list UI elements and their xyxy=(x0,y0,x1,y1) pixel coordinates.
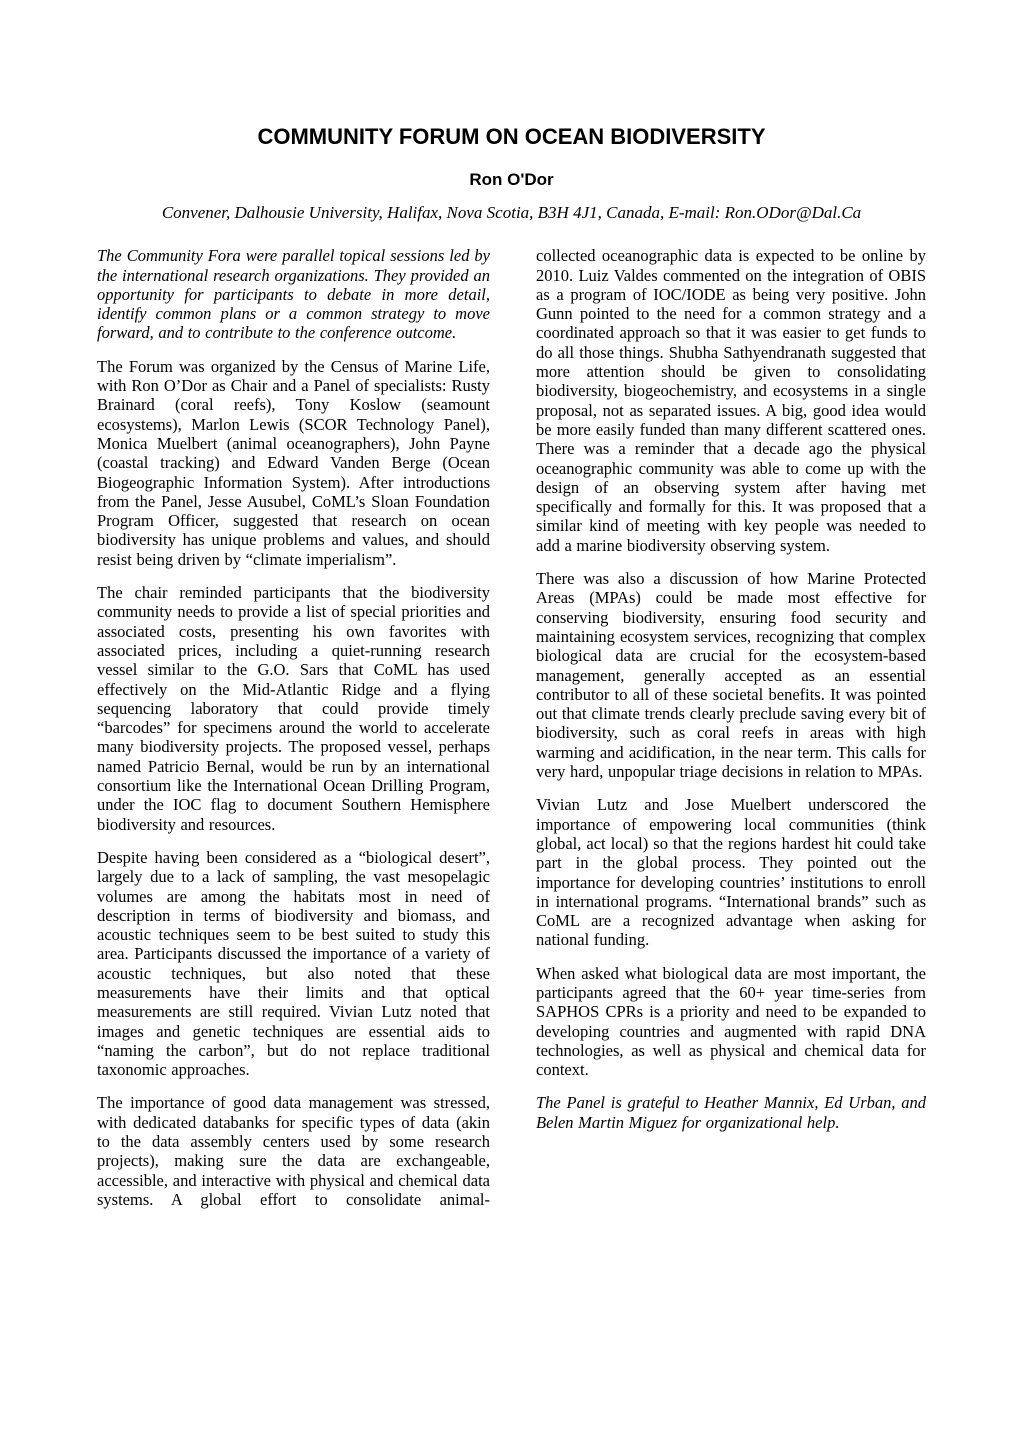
right-column: collected oceanographic data is expected… xyxy=(536,246,926,1223)
document-page: COMMUNITY FORUM ON OCEAN BIODIVERSITY Ro… xyxy=(0,0,1020,1443)
left-column: The Community Fora were parallel topical… xyxy=(97,246,490,1223)
author-affiliation: Convener, Dalhousie University, Halifax,… xyxy=(97,203,926,223)
author-name: Ron O'Dor xyxy=(97,170,926,190)
body-paragraph: Vivian Lutz and Jose Muelbert underscore… xyxy=(536,795,926,949)
body-paragraph: The Forum was organized by the Census of… xyxy=(97,357,490,569)
italic-paragraph: The Community Fora were parallel topical… xyxy=(97,246,490,342)
body-paragraph: When asked what biological data are most… xyxy=(536,964,926,1080)
body-paragraph: The chair reminded participants that the… xyxy=(97,583,490,834)
body-paragraph: Despite having been considered as a “bio… xyxy=(97,848,490,1080)
body-paragraph: The importance of good data management w… xyxy=(97,1093,490,1209)
two-column-body: The Community Fora were parallel topical… xyxy=(97,246,926,1223)
italic-paragraph: The Panel is grateful to Heather Mannix,… xyxy=(536,1093,926,1132)
body-paragraph: collected oceanographic data is expected… xyxy=(536,246,926,555)
page-title: COMMUNITY FORUM ON OCEAN BIODIVERSITY xyxy=(97,124,926,149)
body-paragraph: There was also a discussion of how Marin… xyxy=(536,569,926,781)
